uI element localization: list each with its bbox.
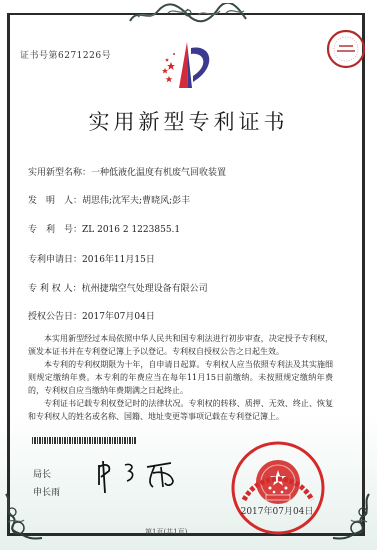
page-indicator: 第1页(共1页) (145, 527, 187, 537)
national-emblem-seal-icon (230, 440, 326, 536)
field-grant-date: 授权公告日：2017年07月04日 (28, 309, 155, 322)
barcode (32, 437, 136, 444)
top-ornament-icon (128, 3, 248, 25)
field-value: ZL 2016 2 1223855.1 (82, 225, 180, 235)
seal-date: 2017年07月04日 (232, 504, 322, 517)
field-label: 发 明 人： (28, 193, 82, 206)
field-label: 专 利 权 人： (28, 281, 82, 294)
field-label: 专利申请日： (28, 252, 82, 265)
signature-icon (95, 455, 190, 495)
field-patent-number: 专 利 号：ZL 2016 2 1223855.1 (28, 222, 180, 235)
certificate-number: 证书号第6271226号 (20, 48, 111, 61)
field-value: 胡思伟;沈军夫;曹晓风;彭丰 (82, 196, 190, 206)
corner-ornament-icon (329, 492, 373, 542)
body-paragraph: 专利证书记载专利权登记时的法律状况。专利权的转移、质押、无效、终止、恢复和专利权… (28, 397, 333, 423)
field-label: 实用新型名称： (28, 165, 91, 178)
field-utility-model-name: 实用新型名称：一种低液化温度有机废气回收装置 (28, 165, 226, 178)
field-value: 一种低液化温度有机废气回收装置 (91, 168, 226, 178)
field-inventors: 发 明 人：胡思伟;沈军夫;曹晓风;彭丰 (28, 193, 190, 206)
director-title: 局长 (33, 467, 51, 480)
director-name: 申长雨 (33, 485, 60, 498)
page-title: 实用新型专利证书 (0, 106, 377, 136)
field-value: 杭州捷瑞空气处理设备有限公司 (82, 284, 208, 294)
field-label: 专 利 号： (28, 222, 82, 235)
corner-ornament-icon (2, 492, 46, 542)
cnipa-logo-icon (157, 38, 217, 90)
field-value: 2017年07月04日 (82, 312, 155, 322)
agency-seal-icon (326, 29, 366, 69)
field-value: 2016年11月15日 (82, 255, 155, 265)
field-patentee: 专 利 权 人：杭州捷瑞空气处理设备有限公司 (28, 281, 208, 294)
certificate-body: 本实用新型经过本局依照中华人民共和国专利法进行初步审查，决定授予专利权，颁发本证… (28, 332, 333, 423)
certificate-page: 证书号第6271226号 实用新型专利证书 实用新型名称：一种低液化温度有机废气… (0, 0, 377, 550)
field-label: 授权公告日： (28, 309, 82, 322)
body-paragraph: 本专利的专利权期限为十年，自申请日起算。专利权人应当依照专利法及其实施细则规定缴… (28, 358, 333, 397)
body-paragraph: 本实用新型经过本局依照中华人民共和国专利法进行初步审查，决定授予专利权，颁发本证… (28, 332, 333, 358)
field-application-date: 专利申请日：2016年11月15日 (28, 252, 155, 265)
